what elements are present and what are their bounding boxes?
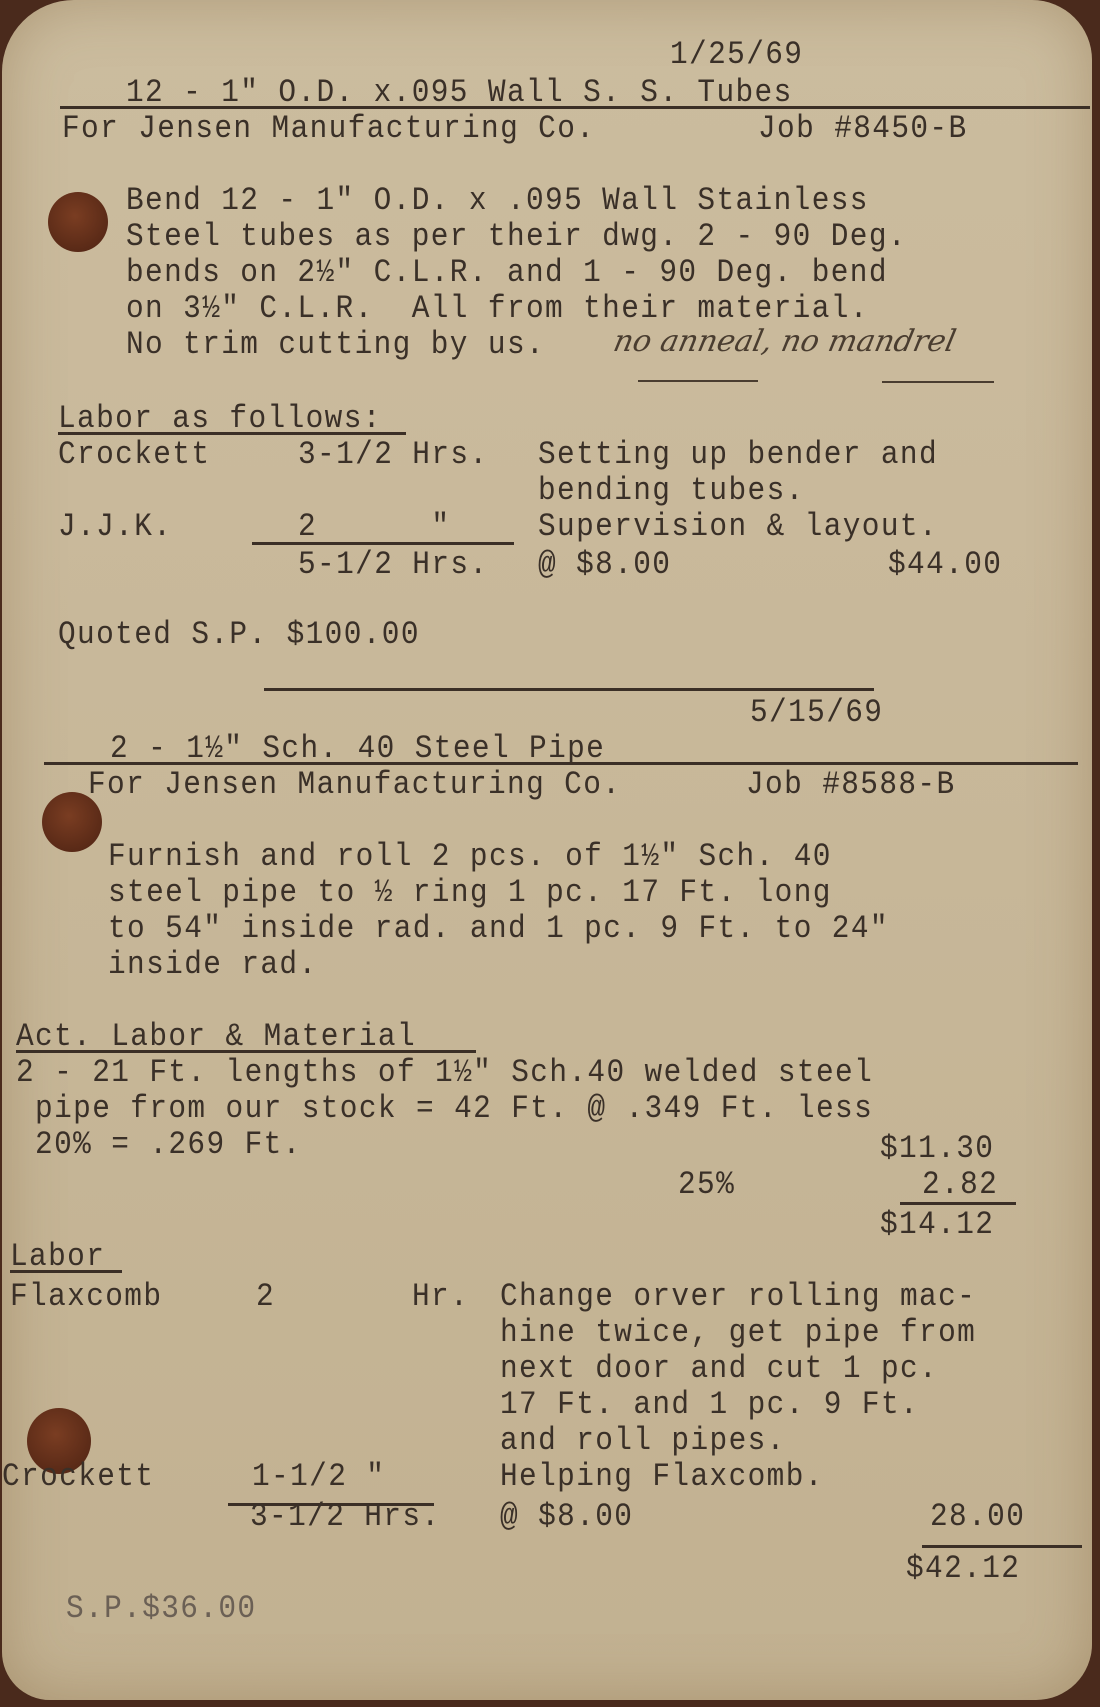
labor-task: 17 Ft. and 1 pc. 9 Ft. (500, 1386, 919, 1423)
labor-name: Flaxcomb (10, 1278, 162, 1315)
entry1-desc-line: No trim cutting by us. (126, 326, 545, 363)
entry1-date: 1/25/69 (670, 36, 803, 73)
entry1-handwritten-note: no anneal, no mandrel (610, 324, 959, 359)
entry2-total-hours: 3-1/2 Hrs. (250, 1498, 440, 1535)
labor-task: and roll pipes. (500, 1422, 786, 1459)
material-total: $14.12 (880, 1206, 994, 1243)
labor-task: Helping Flaxcomb. (500, 1458, 824, 1495)
entry2-date: 5/15/69 (750, 694, 883, 731)
entry2-rate: @ $8.00 (500, 1498, 633, 1535)
entry1-quoted-price: Quoted S.P. $100.00 (58, 616, 420, 653)
entry2-desc-line: inside rad. (108, 946, 318, 983)
entry2-customer: For Jensen Manufacturing Co. (88, 766, 621, 803)
entry2-grand-total: $42.12 (906, 1550, 1020, 1587)
markup-percent: 25% (678, 1166, 735, 1203)
entry1-job-number: Job #8450-B (758, 110, 968, 147)
entry2-selling-price: S.P.$36.00 (66, 1590, 256, 1627)
material-line: 2 - 21 Ft. lengths of 1½" Sch.40 welded … (16, 1054, 873, 1091)
entry-separator (264, 688, 874, 691)
entry2-desc-line: Furnish and roll 2 pcs. of 1½" Sch. 40 (108, 838, 832, 875)
material-cost: $11.30 (880, 1130, 994, 1167)
entry1-rate: @ $8.00 (538, 546, 671, 583)
labor-hours: 2 (256, 1278, 275, 1315)
labor-hours: 3-1/2 Hrs. (298, 436, 488, 473)
entry2-labor-amount: 28.00 (930, 1498, 1025, 1535)
entry1-desc-line: on 3½" C.L.R. All from their material. (126, 290, 869, 327)
material-line: 20% = .269 Ft. (16, 1126, 302, 1163)
labor-task: Setting up bender and (538, 436, 938, 473)
entry2-desc-line: to 54" inside rad. and 1 pc. 9 Ft. to 24… (108, 910, 889, 947)
labor-hours: 1-1/2 " (252, 1458, 385, 1495)
labor-task: Supervision & layout. (538, 508, 938, 545)
material-sum-rule (900, 1202, 1016, 1205)
labor-name: Crockett (2, 1458, 154, 1495)
material-line: pipe from our stock = 42 Ft. @ .349 Ft. … (16, 1090, 873, 1127)
job-card: 1/25/69 12 - 1" O.D. x.095 Wall S. S. Tu… (2, 0, 1092, 1700)
handwritten-underline (882, 381, 994, 383)
punch-hole-top (48, 192, 108, 252)
entry2-title-rule (44, 762, 1078, 765)
entry2-desc-line: steel pipe to ½ ring 1 pc. 17 Ft. long (108, 874, 832, 911)
handwritten-underline (638, 380, 758, 382)
labor-task: hine twice, get pipe from (500, 1314, 976, 1351)
labor-name: Crockett (58, 436, 210, 473)
grand-total-rule (922, 1545, 1082, 1548)
labor-hours: 2 " (298, 508, 450, 545)
hours-sum-rule (252, 542, 514, 545)
material-heading-underline (16, 1050, 476, 1053)
markup-amount: 2.82 (922, 1166, 998, 1203)
entry1-customer: For Jensen Manufacturing Co. (62, 110, 595, 147)
entry2-job-number: Job #8588-B (746, 766, 956, 803)
entry1-desc-line: bends on 2½" C.L.R. and 1 - 90 Deg. bend (126, 254, 888, 291)
entry1-labor-total: $44.00 (888, 546, 1002, 583)
entry1-desc-line: Steel tubes as per their dwg. 2 - 90 Deg… (126, 218, 907, 255)
labor-name: J.J.K. (58, 508, 172, 545)
labor-task: next door and cut 1 pc. (500, 1350, 938, 1387)
entry1-desc-line: Bend 12 - 1" O.D. x .095 Wall Stainless (126, 182, 869, 219)
entry1-title-rule (60, 106, 1090, 109)
labor-heading-underline (10, 1270, 122, 1273)
labor-task: bending tubes. (538, 472, 805, 509)
labor-heading-underline (58, 432, 406, 435)
labor-unit: Hr. (412, 1278, 469, 1315)
labor-task: Change orver rolling mac- (500, 1278, 976, 1315)
entry1-total-hours: 5-1/2 Hrs. (298, 546, 488, 583)
